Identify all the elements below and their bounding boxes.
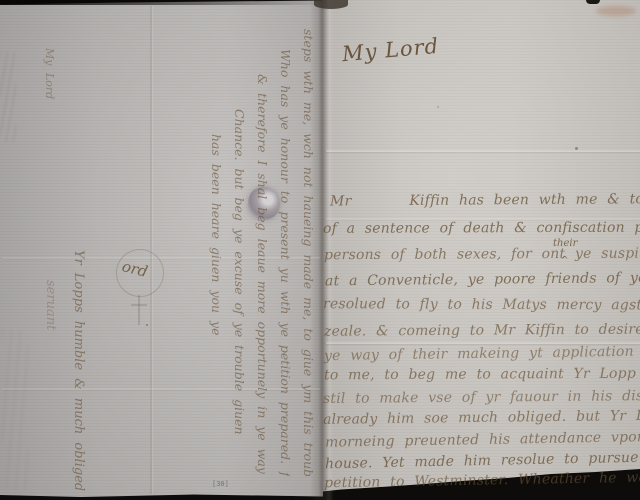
- valediction-block: Yr Lopps humble & much obliged seruant: [32, 250, 92, 500]
- watermark-stem: [138, 295, 140, 325]
- letter-line: zeale. & comeing to Mr Kiffin to desire …: [324, 320, 640, 339]
- bleed-through-marks: [0, 52, 16, 142]
- archive-mark: [30]: [212, 480, 229, 488]
- rotated-letter-block: steps wth me, wch not haueing made me, t…: [200, 14, 320, 476]
- fold-crease: [326, 150, 640, 152]
- paper-notch: [586, 0, 600, 4]
- fold-crease: [150, 6, 152, 494]
- stain-smudge: [596, 6, 636, 16]
- docket-block: My Lord: [32, 48, 56, 136]
- watermark-cross: [131, 304, 147, 306]
- rotated-letter-line: & therefore I shal beg leaue more opport…: [251, 14, 274, 476]
- letter-line: to me, to beg me to acquaint Yr Lopp wth…: [324, 365, 640, 384]
- valediction-line: Yr Lopps humble & much obliged: [64, 250, 92, 500]
- letter-line: stil to make vse of yr fauour in his dis…: [323, 387, 640, 407]
- letter-line: of a sentence of death & confiscation pa…: [323, 219, 640, 237]
- letter-line: Mr Kiffin has been wth me & told me a sa…: [330, 191, 640, 210]
- rotated-letter-line: steps wth me, wch not haueing made me, t…: [297, 14, 320, 476]
- manuscript-scan: ord My Lord Mr Kiffin has been wth me & …: [0, 0, 640, 500]
- valediction-line: seruant: [36, 250, 64, 500]
- letter-line: resolued to fly to his Matys mercy agst …: [323, 296, 640, 314]
- letter-line: persons of both sexes, for ont ye suspit…: [324, 245, 640, 263]
- fold-top-shadow: [314, 0, 348, 9]
- ink-speck: [146, 324, 148, 326]
- insertion-caret: ^: [561, 256, 569, 266]
- docket-text: My Lord: [43, 48, 56, 136]
- rotated-letter-line: Who has ye honour to present yu wth ye p…: [274, 14, 297, 476]
- scan-edge-shadow: [0, 0, 330, 5]
- interlinear-insertion: their: [553, 238, 577, 249]
- bleed-through-marks: [2, 330, 28, 490]
- ink-speck: [437, 106, 439, 108]
- ink-speck: [575, 147, 578, 150]
- rotated-letter-line: Chance. but beg ye excuse of ye trouble …: [228, 14, 251, 476]
- rotated-letter-line: has been heare giuen you ye: [205, 14, 228, 476]
